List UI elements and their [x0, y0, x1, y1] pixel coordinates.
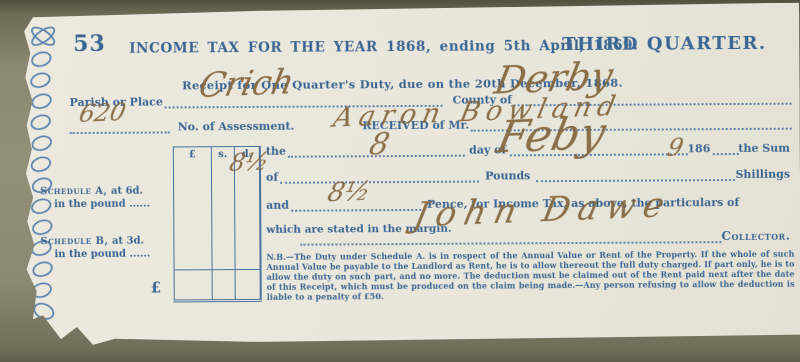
receipt-subtitle: Receipt for One Quarter's Duty, due on t…	[167, 76, 637, 93]
parish-county-line: Parish or Place County of	[70, 91, 792, 109]
collector-line: Collector.	[300, 229, 792, 246]
month-fill-line	[510, 141, 687, 156]
of-label: of	[266, 171, 280, 184]
pence-text-label: Pence, for Income Tax, as above, the par…	[421, 196, 741, 211]
the-sum-label: the Sum	[738, 142, 792, 155]
day-of-label: day of	[465, 143, 510, 156]
col-shillings-header: s.	[218, 147, 227, 160]
quarter-heading: THIRD QUARTER.	[562, 33, 767, 55]
day-line: the day of 186 the Sum	[266, 141, 792, 158]
signature-fill-line	[300, 229, 721, 246]
col-pounds-header: £	[189, 147, 196, 160]
day-fill-line	[288, 143, 465, 158]
assessment-fill-line	[70, 119, 170, 134]
collector-label: Collector.	[721, 229, 792, 243]
schedule-a-label: Schedule A, at 6d. in the pound ......	[40, 184, 172, 211]
col-pence-header: d.	[242, 147, 253, 160]
payer-fill-line	[471, 116, 792, 132]
year-fill-line	[712, 141, 738, 155]
shillings-fill-line	[536, 167, 735, 182]
county-label: County of	[442, 93, 514, 106]
assessment-received-line: No. of Assessment. RECEIVED of Mr.	[70, 116, 792, 134]
and-label: and	[266, 199, 291, 212]
scanned-receipt: 53 INCOME TAX FOR THE YEAR 1868, ending …	[0, 0, 800, 362]
year-prefix-label: 186	[687, 142, 712, 155]
counterfoil-ornament-icon	[25, 23, 65, 329]
pence-fill-line	[291, 197, 421, 212]
nb-note: N.B.—The Duty under Schedule A. is in re…	[266, 249, 794, 303]
pounds-fill-line	[280, 169, 479, 184]
received-label: RECEIVED of Mr.	[362, 119, 471, 133]
the-label: the	[266, 145, 288, 158]
schedule-b-label: Schedule B, at 3d. in the pound ......	[40, 234, 172, 261]
parish-fill-line	[165, 93, 443, 109]
assessment-label: No. of Assessment.	[170, 120, 303, 134]
total-pound-symbol: £	[151, 279, 162, 297]
serial-number: 53	[73, 31, 106, 57]
margin-money-table: £ s. d.	[173, 146, 262, 303]
shillings-label: Shillings	[735, 168, 792, 181]
receipt-paper: 53 INCOME TAX FOR THE YEAR 1868, ending …	[17, 3, 800, 348]
pounds-line: of Pounds Shillings	[266, 167, 792, 184]
county-fill-line	[514, 91, 792, 107]
pence-line: and Pence, for Income Tax, as above, the…	[266, 195, 792, 212]
parish-label: Parish or Place	[70, 95, 165, 109]
pounds-label: Pounds	[479, 169, 536, 182]
